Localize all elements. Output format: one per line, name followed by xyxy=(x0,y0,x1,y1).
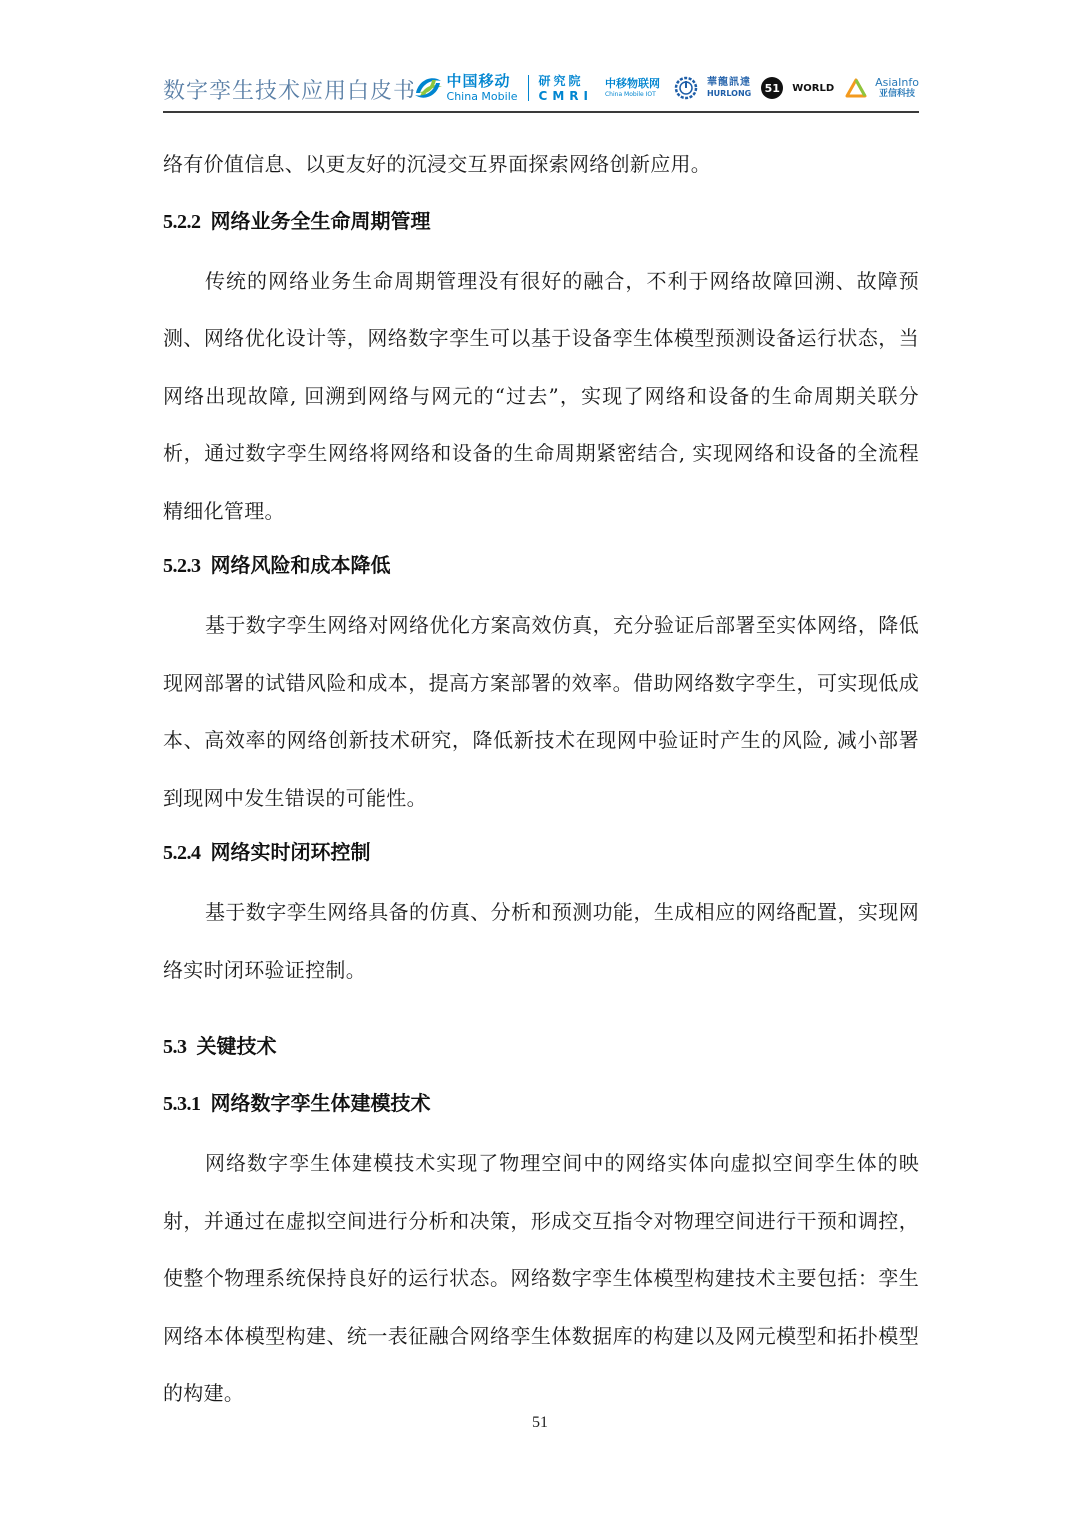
page-content: 络有价值信息、以更友好的沉浸交互界面探索网络创新应用。 5.2.2网络业务全生命… xyxy=(163,136,919,1423)
section-number: 5.3 xyxy=(163,1036,187,1058)
hurlong-cn: 華龍訊達 xyxy=(707,78,751,88)
section-heading-5-2-4: 5.2.4网络实时闭环控制 xyxy=(163,827,919,878)
asiainfo-en: AsiaInfo xyxy=(875,77,919,88)
paragraph-continued: 络有价值信息、以更友好的沉浸交互界面探索网络创新应用。 xyxy=(163,136,919,194)
section-heading-5-3: 5.3关键技术 xyxy=(163,1021,919,1072)
partner-logos: 中国移动 China Mobile 研究院 CMRI 中移物联网 China M… xyxy=(411,70,919,106)
asiainfo-cn: 亚信科技 xyxy=(879,90,915,99)
hurlong-icon xyxy=(674,76,698,100)
header-divider xyxy=(163,111,919,113)
section-title: 网络风险和成本降低 xyxy=(211,553,391,577)
section-number: 5.3.1 xyxy=(163,1093,201,1115)
document-title: 数字孪生技术应用白皮书 xyxy=(163,74,416,105)
asiainfo-icon xyxy=(845,78,867,98)
section-title: 网络业务全生命周期管理 xyxy=(211,209,431,233)
section-heading-5-3-1: 5.3.1网络数字孪生体建模技术 xyxy=(163,1078,919,1129)
section-title: 网络实时闭环控制 xyxy=(211,840,371,864)
china-mobile-en: China Mobile xyxy=(447,91,518,102)
cmri-cn: 研究院 xyxy=(539,75,593,87)
hurlong-en: HURLONG xyxy=(707,90,751,98)
china-mobile-iot-logo: 中移物联网 China Mobile IOT xyxy=(605,78,660,98)
iot-cn: 中移物联网 xyxy=(605,78,660,89)
page-number: 51 xyxy=(0,1414,1080,1432)
section-number: 5.2.4 xyxy=(163,842,201,864)
china-mobile-logo: 中国移动 China Mobile xyxy=(411,73,518,103)
51world-text: WORLD xyxy=(792,83,834,94)
paragraph-5-2-4: 基于数字孪生网络具备的仿真、分析和预测功能，生成相应的网络配置，实现网络实时闭环… xyxy=(163,884,919,999)
page-header: 数字孪生技术应用白皮书 中国移动 China Mobile 研究院 CMRI 中… xyxy=(163,68,919,110)
cmri-en: CMRI xyxy=(539,90,593,102)
logo-divider xyxy=(528,75,529,101)
section-title: 网络数字孪生体建模技术 xyxy=(211,1091,431,1115)
section-title: 关键技术 xyxy=(197,1034,277,1058)
hurlong-logo: 華龍訊達 HURLONG xyxy=(707,78,751,98)
51world-badge-icon: 51 xyxy=(761,77,783,99)
section-number: 5.2.3 xyxy=(163,555,201,577)
china-mobile-cn: 中国移动 xyxy=(447,74,518,89)
section-heading-5-2-3: 5.2.3网络风险和成本降低 xyxy=(163,540,919,591)
cmri-logo: 研究院 CMRI xyxy=(539,75,593,102)
asiainfo-logo: AsiaInfo 亚信科技 xyxy=(875,77,919,99)
iot-en: China Mobile IOT xyxy=(605,92,660,98)
china-mobile-icon xyxy=(411,73,445,103)
paragraph-5-2-2: 传统的网络业务生命周期管理没有很好的融合，不利于网络故障回溯、故障预测、网络优化… xyxy=(163,253,919,541)
section-number: 5.2.2 xyxy=(163,211,201,233)
paragraph-5-2-3: 基于数字孪生网络对网络优化方案高效仿真，充分验证后部署至实体网络，降低现网部署的… xyxy=(163,597,919,827)
paragraph-5-3-1: 网络数字孪生体建模技术实现了物理空间中的网络实体向虚拟空间孪生体的映射，并通过在… xyxy=(163,1135,919,1423)
section-heading-5-2-2: 5.2.2网络业务全生命周期管理 xyxy=(163,196,919,247)
